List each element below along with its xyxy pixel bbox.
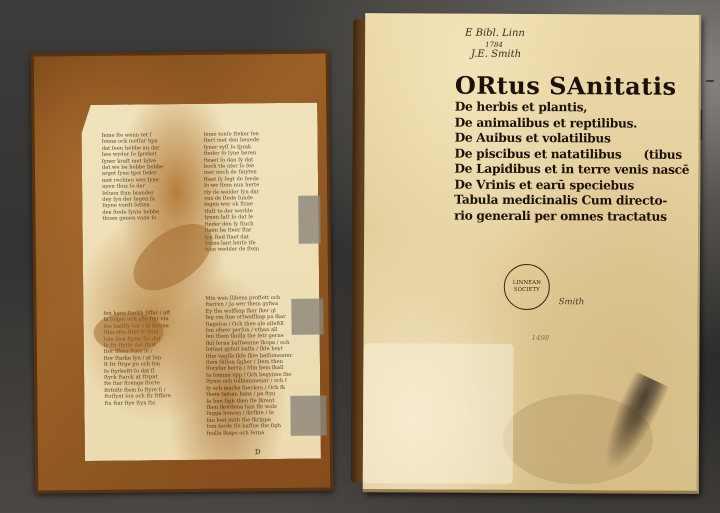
- title-line: De piscibus et natatilibus (tibus: [454, 146, 704, 163]
- right-book: E Bibl. Linn 1784 J.E. Smith ORtus SAnit…: [351, 13, 701, 491]
- title-line: De Lapidibus et in terre venis nascē: [454, 162, 704, 179]
- printed-pastedown: ſeme ſte wenn tet ſ ſonne ock meſſar hpa…: [81, 103, 321, 461]
- title-line: De Auibus et volatilibus: [455, 131, 705, 148]
- ownership-inscription-name: J.E. Smith: [471, 49, 521, 60]
- paper-repair-strip: [291, 299, 323, 335]
- title-line: Tabula medicinalis Cum directo-: [454, 193, 704, 210]
- stamp-text-bottom: SOCIETY: [510, 287, 544, 294]
- printed-text-column: ſeme tonſe ſteker ſee ſtert met den heue…: [204, 131, 305, 260]
- paper-repair-strip: [290, 395, 326, 435]
- ownership-inscription: E Bibl. Linn: [465, 28, 525, 39]
- stain: [363, 343, 514, 484]
- printed-text-column: ſeme ſte wenn tet ſ ſonne ock meſſar hpa…: [102, 132, 193, 241]
- title-line: rio generali per omnes tractatus: [454, 208, 704, 225]
- vellum-cover: E Bibl. Linn 1784 J.E. Smith ORtus SAnit…: [363, 13, 702, 494]
- title-line: De Vrinis et earū speciebus: [454, 177, 704, 194]
- left-book: ſeme ſte wenn tet ſ ſonne ock meſſar hpa…: [31, 50, 334, 493]
- marginal-note: Smith: [559, 297, 585, 307]
- ownership-inscription-date: 1784: [485, 41, 503, 49]
- title-page-text: ORtus SAnitatis De herbis et plantis, De…: [454, 72, 705, 225]
- surface-scratch: [706, 80, 714, 82]
- marginal-note-date: 1498: [532, 334, 550, 342]
- library-stamp: LINNEAN SOCIETY: [504, 264, 550, 310]
- page-signature: D: [255, 448, 261, 456]
- book-title: ORtus SAnitatis: [455, 72, 705, 101]
- title-line: De animalibus et reptilibus.: [455, 115, 705, 132]
- paper-repair-strip: [298, 196, 321, 244]
- title-line: De herbis et plantis,: [455, 100, 705, 117]
